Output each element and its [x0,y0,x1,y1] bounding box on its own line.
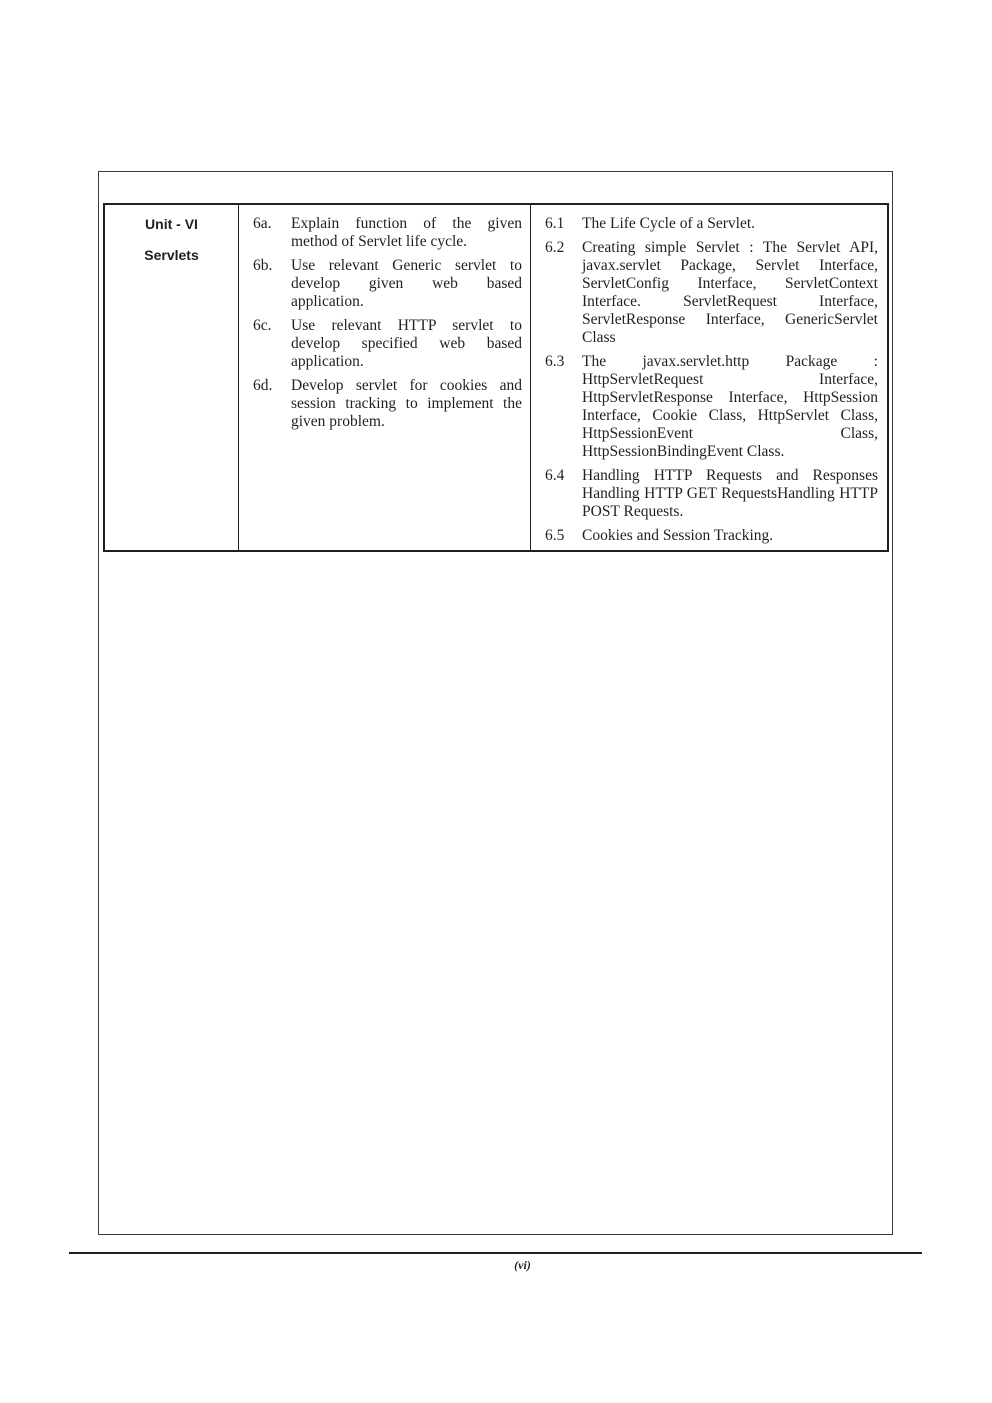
unit-title: Servlets [144,247,198,263]
topic-item: 6.2 Creating simple Servlet : The Servle… [545,239,878,347]
syllabus-table: Unit - VI Servlets 6a. Explain function … [103,203,889,552]
topic-text: Creating simple Servlet : The Servlet AP… [582,239,878,347]
outcome-text: Use relevant HTTP servlet to develop spe… [291,317,522,371]
unit-number: Unit - VI [105,216,238,232]
page-number: (vi) [0,1258,992,1273]
topics-column: 6.1 The Life Cycle of a Servlet. 6.2 Cre… [531,205,887,550]
outcome-number: 6b. [253,257,291,311]
topic-number: 6.2 [545,239,582,347]
outcome-item: 6c. Use relevant HTTP servlet to develop… [253,317,522,371]
outcome-text: Develop servlet for cookies and session … [291,377,522,431]
topic-item: 6.3 The javax.servlet.http Package : Htt… [545,353,878,461]
topic-number: 6.1 [545,215,582,233]
outcome-number: 6a. [253,215,291,251]
topic-item: 6.5 Cookies and Session Tracking. [545,527,878,545]
outcome-item: 6d. Develop servlet for cookies and sess… [253,377,522,431]
topic-text: Handling HTTP Requests and Responses Han… [582,467,878,521]
outcomes-column: 6a. Explain function of the given method… [239,205,531,550]
topic-number: 6.5 [545,527,582,545]
outcome-item: 6a. Explain function of the given method… [253,215,522,251]
topic-text: Cookies and Session Tracking. [582,527,878,545]
outcome-text: Explain function of the given method of … [291,215,522,251]
topic-number: 6.3 [545,353,582,461]
topic-item: 6.1 The Life Cycle of a Servlet. [545,215,878,233]
outcome-item: 6b. Use relevant Generic servlet to deve… [253,257,522,311]
footer-divider [69,1252,922,1254]
unit-column: Unit - VI Servlets [105,205,239,550]
topic-text: The javax.servlet.http Package : HttpSer… [582,353,878,461]
topic-item: 6.4 Handling HTTP Requests and Responses… [545,467,878,521]
outcome-number: 6c. [253,317,291,371]
outcome-text: Use relevant Generic servlet to develop … [291,257,522,311]
outcome-number: 6d. [253,377,291,431]
topic-text: The Life Cycle of a Servlet. [582,215,878,233]
topic-number: 6.4 [545,467,582,521]
